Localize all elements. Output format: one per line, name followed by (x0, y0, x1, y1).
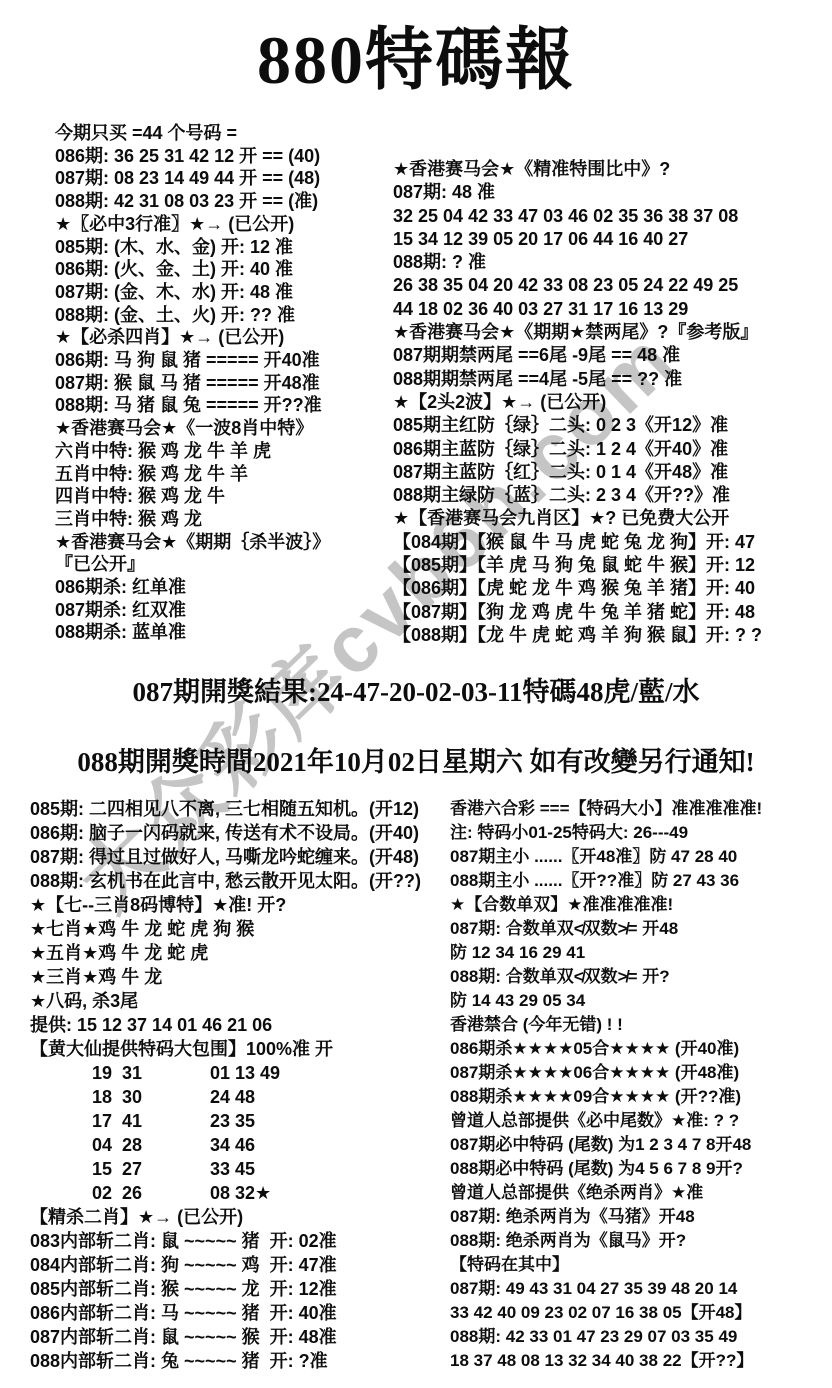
text-line: ★【香港赛马会九肖区】★? 已免费大公开 (393, 507, 830, 530)
text-line: 【特码在其中】 (450, 1253, 830, 1277)
text-line: 32 25 04 42 33 47 03 46 02 35 36 38 37 0… (393, 205, 830, 228)
text-line: 087期杀★★★★06合★★★★ (开48准) (450, 1061, 830, 1085)
text-line: 『已公开』 (55, 553, 400, 576)
text-line: ★香港赛马会★《精准特围比中》? (393, 158, 830, 181)
text-line: 【085期】【羊 虎 马 狗 兔 鼠 蛇 牛 猴】开: 12 (393, 554, 830, 577)
text-line: 088期: 42 33 01 47 23 29 07 03 35 49 (450, 1325, 830, 1349)
bottom-left-lines-b: 【精杀二肖】★→ (已公开)083内部斩二肖: 鼠 ~~~~~ 猪 开: 02准… (30, 1205, 448, 1373)
text-line: 今期只买 =44 个号码 = (55, 122, 400, 145)
table-row: 15 2733 45 (30, 1157, 448, 1181)
table-row: 02 2608 32★ (30, 1181, 448, 1205)
text-line: 085期: (木、水、金) 开: 12 准 (55, 236, 400, 259)
table-cell-right: 34 46 (210, 1133, 255, 1157)
text-line: 085期主红防｛绿｝二头: 0 2 3《开12》准 (393, 414, 830, 437)
text-line: 087期杀: 红双准 (55, 599, 400, 622)
text-line: ★〖必中3行准〗★→ (已公开) (55, 213, 400, 236)
text-line: 44 18 02 36 40 03 27 31 17 16 13 29 (393, 298, 830, 321)
text-line: 087期: 48 准 (393, 181, 830, 204)
text-line: 088期杀: 蓝单准 (55, 621, 400, 644)
baowei-number-table: 19 3101 13 4918 3024 4817 4123 3504 2834… (30, 1061, 448, 1205)
text-line: 086期: (火、金、土) 开: 40 准 (55, 258, 400, 281)
text-line: 088期杀★★★★09合★★★★ (开??准) (450, 1085, 830, 1109)
table-cell-right: 33 45 (210, 1157, 255, 1181)
text-line: 088期: 马 猪 鼠 兔 ===== 开??准 (55, 394, 400, 417)
table-cell-right: 08 32★ (210, 1181, 271, 1205)
text-line: 087期: 猴 鼠 马 猪 ===== 开48准 (55, 372, 400, 395)
text-line: 087期: (金、木、水) 开: 48 准 (55, 281, 400, 304)
table-row: 04 2834 46 (30, 1133, 448, 1157)
text-line: 088期: (金、土、火) 开: ?? 准 (55, 304, 400, 327)
text-line: 26 38 35 04 20 42 33 08 23 05 24 22 49 2… (393, 274, 830, 297)
newspaper-page: 大众彩库cvb6h.com 880特碼報 今期只买 =44 个号码 =086期:… (0, 0, 832, 1388)
text-line: 084内部斩二肖: 狗 ~~~~~ 鸡 开: 47准 (30, 1253, 448, 1277)
text-line: 086期杀★★★★05合★★★★ (开40准) (450, 1037, 830, 1061)
text-line: 087期主小 ......〖开48准〗防 47 28 40 (450, 845, 830, 869)
text-line: 087内部斩二肖: 鼠 ~~~~~ 猴 开: 48准 (30, 1325, 448, 1349)
text-line: ★【必杀四肖】★→ (已公开) (55, 326, 400, 349)
text-line: 087期: 合数单双≮双数≯= 开48 (450, 917, 830, 941)
text-line: 087期: 08 23 14 49 44 开 == (48) (55, 167, 400, 190)
table-cell-left: 15 27 (92, 1157, 210, 1181)
text-line: 086内部斩二肖: 马 ~~~~~ 猪 开: 40准 (30, 1301, 448, 1325)
text-line: ★【合数单双】★准准准准准! (450, 893, 830, 917)
text-line: 085内部斩二肖: 猴 ~~~~~ 龙 开: 12准 (30, 1277, 448, 1301)
text-line: 087期主蓝防｛红｝二头: 0 1 4《开48》准 (393, 461, 830, 484)
draw-result-banner: 087期開獎結果:24-47-20-02-03-11特碼48虎/藍/水 (0, 670, 832, 709)
text-line: 088期: 42 31 08 03 23 开 == (准) (55, 190, 400, 213)
text-line: 087期: 得过且过做好人, 马嘶龙吟蛇缠来。(开48) (30, 845, 448, 869)
text-line: 防 12 34 16 29 41 (450, 941, 830, 965)
text-line: 086期: 马 狗 鼠 猪 ===== 开40准 (55, 349, 400, 372)
text-line: 083内部斩二肖: 鼠 ~~~~~ 猪 开: 02准 (30, 1229, 448, 1253)
text-line: 088期: 合数单双≮双数≯= 开? (450, 965, 830, 989)
text-line: 088期主绿防｛蓝｝二头: 2 3 4《开??》准 (393, 484, 830, 507)
text-line: 六肖中特: 猴 鸡 龙 牛 羊 虎 (55, 440, 400, 463)
text-line: 提供: 15 12 37 14 01 46 21 06 (30, 1013, 448, 1037)
text-line: 曾道人总部提供《绝杀两肖》★准 (450, 1181, 830, 1205)
text-line: ★八码, 杀3尾 (30, 989, 448, 1013)
table-cell-left: 04 28 (92, 1133, 210, 1157)
text-line: ★【2头2波】★→ (已公开) (393, 391, 830, 414)
text-line: 086期: 36 25 31 42 12 开 == (40) (55, 145, 400, 168)
text-line: ★香港赛马会★《期期｛杀半波｝》 (55, 531, 400, 554)
text-line: 【088期】【龙 牛 虎 蛇 鸡 羊 狗 猴 鼠】开: ? ? (393, 624, 830, 647)
text-line: 088期: ? 准 (393, 251, 830, 274)
text-line: 088期: 玄机书在此言中, 愁云散开见太阳。(开??) (30, 869, 448, 893)
section-bottom-right: 香港六合彩 ===【特码大小】准准准准准!注: 特码小01-25特码大: 26-… (450, 797, 830, 1373)
text-line: ★五肖★鸡 牛 龙 蛇 虎 (30, 941, 448, 965)
table-cell-right: 23 35 (210, 1109, 255, 1133)
table-row: 17 4123 35 (30, 1109, 448, 1133)
text-line: ★【七--三肖8码博特】★准! 开? (30, 893, 448, 917)
text-line: 【086期】【虎 蛇 龙 牛 鸡 猴 兔 羊 猪】开: 40 (393, 577, 830, 600)
text-line: 四肖中特: 猴 鸡 龙 牛 (55, 485, 400, 508)
text-line: 087期期禁两尾 ==6尾 -9尾 == 48 准 (393, 344, 830, 367)
text-line: 18 37 48 08 13 32 34 40 38 22【开??】 (450, 1349, 830, 1373)
text-line: ★七肖★鸡 牛 龙 蛇 虎 狗 猴 (30, 917, 448, 941)
table-cell-left: 02 26 (92, 1181, 210, 1205)
text-line: 【084期】【猴 鼠 牛 马 虎 蛇 兔 龙 狗】开: 47 (393, 531, 830, 554)
text-line: ★香港赛马会★《期期★禁两尾》?『参考版』 (393, 321, 830, 344)
text-line: ★三肖★鸡 牛 龙 (30, 965, 448, 989)
text-line: 香港六合彩 ===【特码大小】准准准准准! (450, 797, 830, 821)
table-cell-left: 17 41 (92, 1109, 210, 1133)
text-line: 防 14 43 29 05 34 (450, 989, 830, 1013)
table-cell-left: 18 30 (92, 1085, 210, 1109)
text-line: 086期: 脑子一闪码就来, 传送有术不设局。(开40) (30, 821, 448, 845)
text-line: ★香港赛马会★《一波8肖中特》 (55, 417, 400, 440)
table-row: 19 3101 13 49 (30, 1061, 448, 1085)
text-line: 088期必中特码 (尾数) 为4 5 6 7 8 9开? (450, 1157, 830, 1181)
text-line: 088期主小 ......〖开??准〗防 27 43 36 (450, 869, 830, 893)
bottom-left-lines-a: 085期: 二四相见八不离, 三七相随五知机。(开12)086期: 脑子一闪码就… (30, 797, 448, 1061)
text-line: 086期杀: 红单准 (55, 576, 400, 599)
text-line: 香港禁合 (今年无错) ! ! (450, 1013, 830, 1037)
text-line: 五肖中特: 猴 鸡 龙 牛 羊 (55, 463, 400, 486)
text-line: 注: 特码小01-25特码大: 26---49 (450, 821, 830, 845)
text-line: 【黄大仙提供特码大包围】100%准 开 (30, 1037, 448, 1061)
table-cell-right: 01 13 49 (210, 1061, 280, 1085)
draw-time-banner: 088期開獎時間2021年10月02日星期六 如有改變另行通知! (0, 740, 832, 779)
text-line: 086期主蓝防｛绿｝二头: 1 2 4《开40》准 (393, 438, 830, 461)
text-line: 087期: 49 43 31 04 27 35 39 48 20 14 (450, 1277, 830, 1301)
text-line: 曾道人总部提供《必中尾数》★准: ? ? (450, 1109, 830, 1133)
table-cell-right: 24 48 (210, 1085, 255, 1109)
text-line: 088内部斩二肖: 兔 ~~~~~ 猪 开: ?准 (30, 1349, 448, 1373)
text-line: 088期: 绝杀两肖为《鼠马》开? (450, 1229, 830, 1253)
text-line: 088期期禁两尾 ==4尾 -5尾 == ?? 准 (393, 368, 830, 391)
text-line: 【精杀二肖】★→ (已公开) (30, 1205, 448, 1229)
text-line: 三肖中特: 猴 鸡 龙 (55, 508, 400, 531)
text-line: 085期: 二四相见八不离, 三七相随五知机。(开12) (30, 797, 448, 821)
table-cell-left: 19 31 (92, 1061, 210, 1085)
section-bottom-left: 085期: 二四相见八不离, 三七相随五知机。(开12)086期: 脑子一闪码就… (30, 797, 448, 1373)
text-line: 087期必中特码 (尾数) 为1 2 3 4 7 8开48 (450, 1133, 830, 1157)
text-line: 【087期】【狗 龙 鸡 虎 牛 兔 羊 猪 蛇】开: 48 (393, 601, 830, 624)
section-right-top: ★香港赛马会★《精准特围比中》?087期: 48 准32 25 04 42 33… (393, 158, 830, 647)
text-line: 33 42 40 09 23 02 07 16 38 05【开48】 (450, 1301, 830, 1325)
table-row: 18 3024 48 (30, 1085, 448, 1109)
section-left-top: 今期只买 =44 个号码 =086期: 36 25 31 42 12 开 == … (55, 122, 400, 644)
text-line: 087期: 绝杀两肖为《马猪》开48 (450, 1205, 830, 1229)
page-title: 880特碼報 (0, 6, 832, 103)
text-line: 15 34 12 39 05 20 17 06 44 16 40 27 (393, 228, 830, 251)
